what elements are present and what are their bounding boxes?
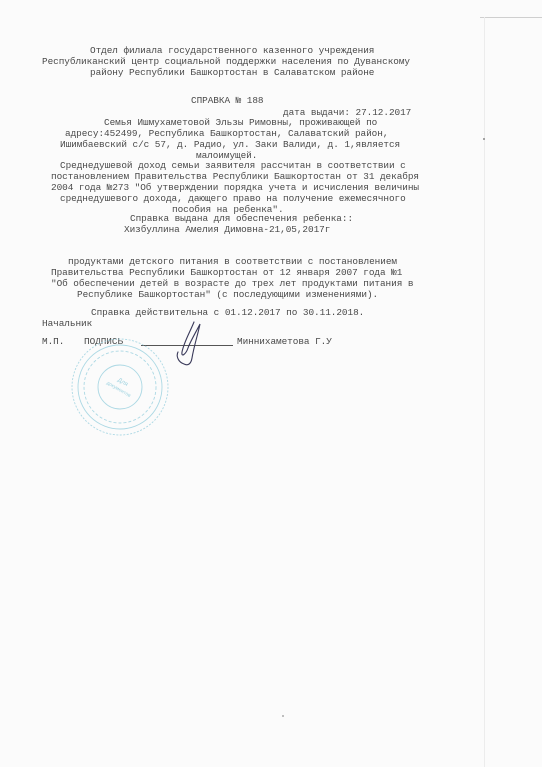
handwritten-signature-icon (168, 318, 218, 368)
scan-speck (483, 138, 485, 140)
paragraph-line: Семья Ишмухаметовой Эльзы Римовны, прожи… (104, 117, 377, 128)
scan-speck (282, 715, 284, 717)
certificate-title: СПРАВКА № 188 (191, 95, 264, 106)
paragraph-line: Республике Башкортостан" (с последующими… (77, 289, 378, 300)
paragraph-line: постановлением Правительства Республики … (51, 171, 419, 182)
paragraph-line: Правительства Республики Башкортостан от… (51, 267, 402, 278)
scan-edge-line (480, 17, 542, 18)
position-title: Начальник (42, 318, 92, 329)
scan-edge-line (484, 17, 485, 767)
child-name-line: Хизбуллина Амелия Димовна-21,05,2017г (124, 224, 330, 235)
header-line: Республиканский центр социальной поддерж… (42, 56, 410, 67)
official-stamp-icon: Для документов (68, 335, 173, 440)
validity-period: Справка действительна с 01.12.2017 по 30… (91, 307, 364, 318)
paragraph-line: "Об обеспечении детей в возрасте до трех… (51, 278, 413, 289)
paragraph-line: среднедушевого дохода, дающего право на … (60, 193, 406, 204)
seal-label: М.П. (42, 336, 64, 347)
purpose-line: Справка выдана для обеспечения ребенка:: (130, 213, 353, 224)
signer-name: Миннихаметова Г.У (237, 336, 332, 347)
paragraph-line: адресу:452499, Республика Башкортостан, … (65, 128, 388, 139)
paragraph-line: 2004 года №273 "Об утверждении порядка у… (51, 182, 419, 193)
paragraph-line: Ишимбаевский с/с 57, д. Радио, ул. Заки … (60, 139, 400, 150)
header-line: Отдел филиала государственного казенного… (90, 45, 374, 56)
paragraph-line: продуктами детского питания в соответств… (68, 256, 397, 267)
header-line: району Республики Башкортостан в Салават… (90, 67, 374, 78)
paragraph-line: Среднедушевой доход семьи заявителя расс… (60, 160, 406, 171)
scanned-document-page: Отдел филиала государственного казенного… (0, 0, 542, 767)
